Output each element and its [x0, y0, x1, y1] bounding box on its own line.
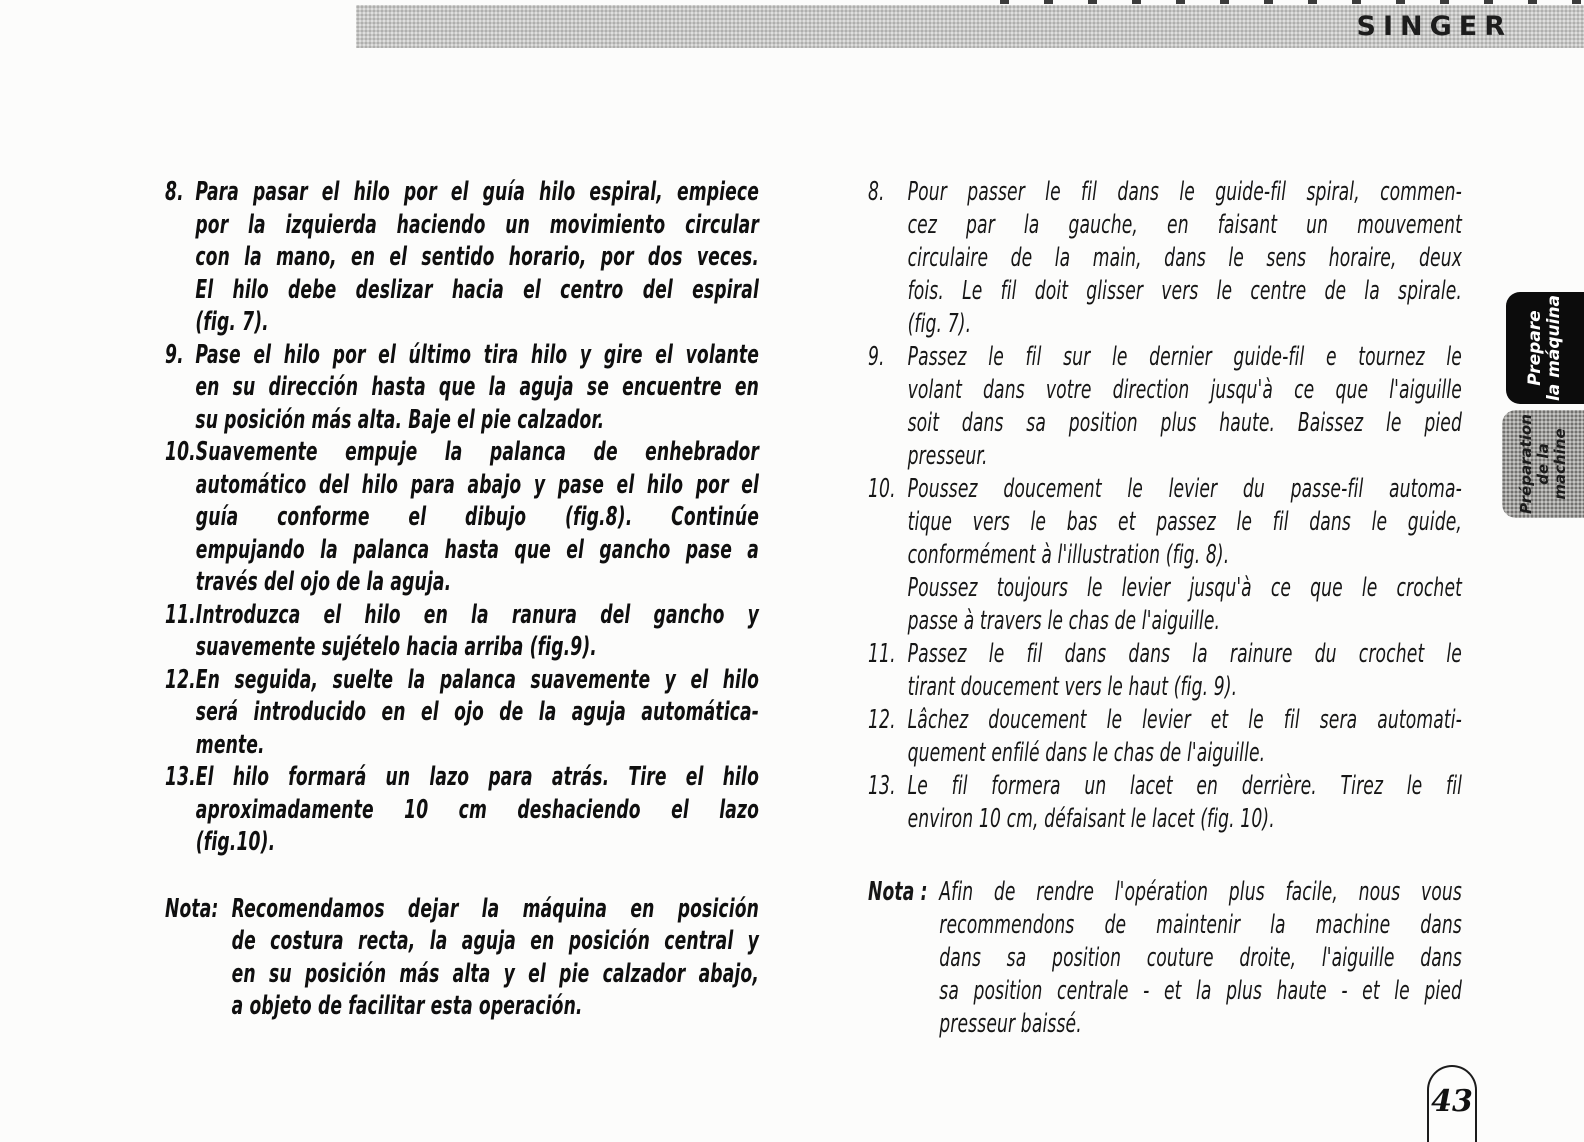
- header-bar: SINGER: [356, 5, 1584, 48]
- page-number-badge: 43: [1427, 1065, 1477, 1142]
- text-line: Recomendamos dejar la máquina en posició…: [232, 893, 759, 926]
- text-line: guía conforme el dibujo (fig.8). Continú…: [196, 501, 759, 534]
- list-item-spanish-11: 11.Introduzca el hilo en la ranura del g…: [165, 599, 759, 664]
- column-spanish-text: 8.Para pasar el hilo por el guía hilo es…: [165, 176, 759, 1023]
- text-line: Passez le fil dans dans la rainure du cr…: [908, 638, 1462, 671]
- note-lines: Recomendamos dejar la máquina en posició…: [232, 893, 759, 1023]
- list-item-french-11: 11.Passez le fil dans dans la rainure du…: [868, 638, 1462, 704]
- text-line: presseur baissé.: [939, 1008, 1462, 1041]
- text-line: Le fil formera un lacet en derrière. Tir…: [908, 770, 1462, 803]
- text-line: sa position centrale - et la plus haute …: [939, 975, 1462, 1008]
- item-number: 11.: [165, 599, 196, 632]
- manual-page: SINGER 8.Para pasar el hilo por el guía …: [0, 0, 1584, 1142]
- side-tab2-line1: Préparation: [1518, 410, 1535, 518]
- text-line: tirant doucement vers le haut (fig. 9).: [908, 671, 1462, 704]
- item-number: 12.: [868, 704, 908, 737]
- list-item-french-9: 9.Passez le fil sur le dernier guide-fil…: [868, 341, 1462, 473]
- item-number: 10.: [868, 473, 908, 506]
- item-lines: Le fil formera un lacet en derrière. Tir…: [908, 770, 1462, 836]
- column-french: 8.Pour passer le fil dans le guide-fil s…: [868, 176, 1584, 1041]
- text-line: soit dans sa position plus haute. Baisse…: [908, 407, 1462, 440]
- text-line: Lâchez doucement le levier et le fil ser…: [908, 704, 1462, 737]
- text-line: quement enfilé dans le chas de l'aiguill…: [908, 737, 1462, 770]
- text-line: En seguida, suelte la palanca suavemente…: [196, 664, 759, 697]
- side-tab2-line2: de la machine: [1535, 410, 1569, 518]
- side-tab-prepare-la-maquina: Prepare la máquina: [1506, 292, 1584, 404]
- text-line: presseur.: [908, 440, 1462, 473]
- item-number: 12.: [165, 664, 196, 697]
- item-lines: Pour passer le fil dans le guide-fil spi…: [908, 176, 1462, 341]
- note-label: Nota:: [165, 893, 232, 1023]
- list-item-french-13: 13.Le fil formera un lacet en derrière. …: [868, 770, 1462, 836]
- list-item-spanish-8: 8.Para pasar el hilo por el guía hilo es…: [165, 176, 759, 339]
- item-lines: Para pasar el hilo por el guía hilo espi…: [195, 176, 759, 339]
- side-tab-preparation-de-la-machine: Préparation de la machine: [1502, 410, 1584, 518]
- item-number: 8.: [868, 176, 908, 209]
- item-lines: Lâchez doucement le levier et le fil ser…: [908, 704, 1462, 770]
- list-item-spanish-9: 9.Pase el hilo por el último tira hilo y…: [165, 339, 759, 437]
- text-line: a objeto de facilitar esta operación.: [232, 990, 759, 1023]
- item-number: 9.: [868, 341, 908, 374]
- item-lines: En seguida, suelte la palanca suavemente…: [196, 664, 759, 762]
- side-tab1-line1: Prepare: [1526, 292, 1545, 404]
- text-line: circulaire de la main, dans le sens hora…: [908, 242, 1462, 275]
- side-tab1-label: Prepare la máquina: [1506, 292, 1584, 404]
- text-line: passe à travers le chas de l'aiguille.: [908, 605, 1462, 638]
- text-line: Afin de rendre l'opération plus facile, …: [939, 876, 1462, 909]
- text-line: de costura recta, la aguja en posición c…: [232, 925, 759, 958]
- item-lines: Passez le fil sur le dernier guide-fil e…: [908, 341, 1462, 473]
- item-number: 13.: [165, 761, 196, 794]
- list-item-french-10: 10.Poussez doucement le levier du passe-…: [868, 473, 1462, 638]
- item-number: 11.: [868, 638, 908, 671]
- text-line: automático del hilo para abajo y pase el…: [196, 469, 759, 502]
- text-line: Introduzca el hilo en la ranura del ganc…: [196, 599, 759, 632]
- item-lines: Introduzca el hilo en la ranura del ganc…: [196, 599, 759, 664]
- list-item-spanish-12: 12.En seguida, suelte la palanca suaveme…: [165, 664, 759, 762]
- text-line: por la izquierda haciendo un movimiento …: [195, 209, 759, 242]
- note-label: Nota :: [868, 876, 939, 1041]
- note-spanish: Nota:Recomendamos dejar la máquina en po…: [165, 893, 759, 1023]
- item-lines: Suavemente empuje la palanca de enhebrad…: [196, 436, 759, 599]
- text-line: tique vers le bas et passez le fil dans …: [908, 506, 1462, 539]
- text-line: será introducido en el ojo de la aguja a…: [196, 696, 759, 729]
- item-lines: Pase el hilo por el último tira hilo y g…: [195, 339, 759, 437]
- text-line: través del ojo de la aguja.: [196, 566, 759, 599]
- text-line: cez par la gauche, en faisant un mouveme…: [908, 209, 1462, 242]
- text-line: Pour passer le fil dans le guide-fil spi…: [908, 176, 1462, 209]
- scan-artifact-ticks: [1000, 0, 1584, 4]
- text-line: (fig. 7).: [195, 306, 759, 339]
- text-line: (fig. 7).: [908, 308, 1462, 341]
- text-line: Passez le fil sur le dernier guide-fil e…: [908, 341, 1462, 374]
- text-line: fois. Le fil doit glisser vers le centre…: [908, 275, 1462, 308]
- text-line: recommendons de maintenir la machine dan…: [939, 909, 1462, 942]
- text-line: conformément à l'illustration (fig. 8).: [908, 539, 1462, 572]
- list-item-spanish-13: 13.El hilo formará un lazo para atrás. T…: [165, 761, 759, 859]
- note-lines: Afin de rendre l'opération plus facile, …: [939, 876, 1462, 1041]
- item-lines: El hilo formará un lazo para atrás. Tire…: [196, 761, 759, 859]
- side-tab2-label: Préparation de la machine: [1502, 410, 1584, 518]
- item-number: 9.: [165, 339, 195, 372]
- text-line: environ 10 cm, défaisant le lacet (fig. …: [908, 803, 1462, 836]
- note-french: Nota :Afin de rendre l'opération plus fa…: [868, 876, 1462, 1041]
- text-line: El hilo formará un lazo para atrás. Tire…: [196, 761, 759, 794]
- list-item-french-8: 8.Pour passer le fil dans le guide-fil s…: [868, 176, 1462, 341]
- list-item-spanish-10: 10.Suavemente empuje la palanca de enheb…: [165, 436, 759, 599]
- text-line: Pase el hilo por el último tira hilo y g…: [195, 339, 759, 372]
- item-number: 10.: [165, 436, 196, 469]
- text-line: dans sa position couture droite, l'aigui…: [939, 942, 1462, 975]
- item-lines: Passez le fil dans dans la rainure du cr…: [908, 638, 1462, 704]
- text-line: en su posición más alta y el pie calzado…: [232, 958, 759, 991]
- item-lines: Poussez doucement le levier du passe-fil…: [908, 473, 1462, 638]
- text-line: Suavemente empuje la palanca de enhebrad…: [196, 436, 759, 469]
- text-line: su posición más alta. Baje el pie calzad…: [195, 404, 759, 437]
- text-line: con la mano, en el sentido horario, por …: [195, 241, 759, 274]
- item-number: 8.: [165, 176, 195, 209]
- text-line: mente.: [196, 729, 759, 762]
- text-line: suavemente sujételo hacia arriba (fig.9)…: [196, 631, 759, 664]
- item-number: 13.: [868, 770, 908, 803]
- text-line: (fig.10).: [196, 826, 759, 859]
- side-tab1-line2: la máquina: [1545, 292, 1564, 404]
- list-item-french-12: 12.Lâchez doucement le levier et le fil …: [868, 704, 1462, 770]
- text-line: Poussez toujours le levier jusqu'à ce qu…: [908, 572, 1462, 605]
- text-line: empujando la palanca hasta que el gancho…: [196, 534, 759, 567]
- text-line: Poussez doucement le levier du passe-fil…: [908, 473, 1462, 506]
- text-line: El hilo debe deslizar hacia el centro de…: [195, 274, 759, 307]
- brand-logo-text: SINGER: [1357, 11, 1512, 42]
- text-line: Para pasar el hilo por el guía hilo espi…: [195, 176, 759, 209]
- text-line: aproximadamente 10 cm deshaciendo el laz…: [196, 794, 759, 827]
- column-french-text: 8.Pour passer le fil dans le guide-fil s…: [868, 176, 1462, 1041]
- text-line: en su dirección hasta que la aguja se en…: [195, 371, 759, 404]
- text-line: volant dans votre direction jusqu'à ce q…: [908, 374, 1462, 407]
